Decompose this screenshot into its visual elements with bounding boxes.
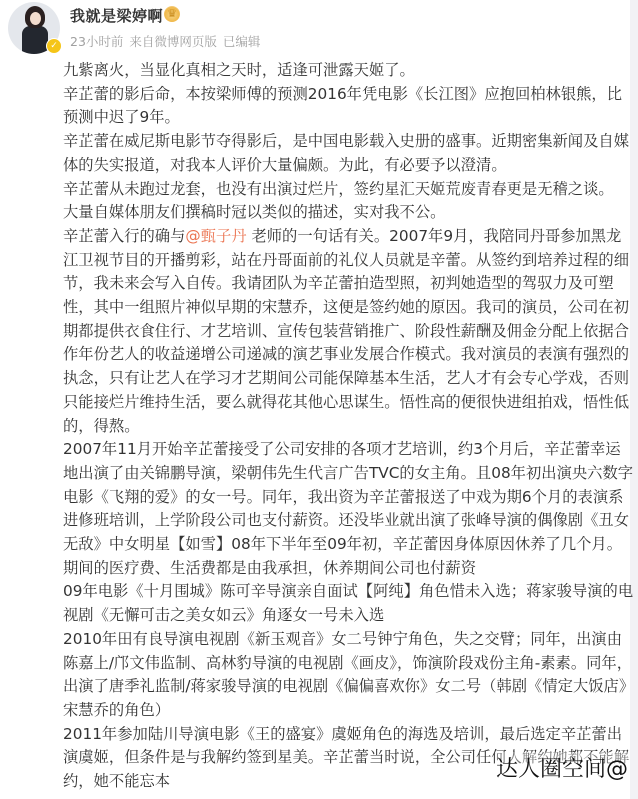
paragraph: 辛芷蕾从未跑过龙套，也没有出演过烂片，签约星汇天姬荒废青春更是无稽之谈。	[63, 178, 635, 202]
watermark: 达人圈空间@	[496, 752, 628, 783]
paragraph: 大量自媒体朋友们撰稿时冠以类似的描述，实对我不公。	[63, 201, 635, 225]
paragraph: 2010年田有良导演电视剧《新玉观音》女二号钟宁角色，失之交臂；同年，出演由陈嘉…	[63, 628, 635, 723]
paragraph: 辛芷蕾的影后命，本按梁师傅的预测2016年凭电影《长江图》应抱回柏林银熊，比预测…	[63, 83, 635, 130]
crown-icon[interactable]: ♛	[164, 6, 180, 22]
post-time[interactable]: 23小时前	[70, 34, 123, 49]
verified-v-badge-icon: ✓	[46, 38, 62, 54]
mention-link[interactable]: @甄子丹	[185, 227, 246, 245]
mention-after: 老师的一句话有关。2007年9月，我陪同丹哥参加黑龙江卫视节目的开播剪彩，站在丹…	[63, 227, 629, 435]
post-meta: 23小时前 来自微博网页版 已编辑	[70, 32, 260, 50]
mention-before: 辛芷蕾入行的确与	[63, 227, 185, 245]
paragraph: 辛芷蕾在威尼斯电影节夺得影后，是中国电影载入史册的盛事。近期密集新闻及自媒体的失…	[63, 130, 635, 177]
paragraph-with-mention: 辛芷蕾入行的确与@甄子丹 老师的一句话有关。2007年9月，我陪同丹哥参加黑龙江…	[63, 225, 635, 438]
avatar-body-shape	[22, 26, 48, 54]
author-name[interactable]: 我就是梁婷啊	[70, 5, 163, 26]
post-source[interactable]: 微博网页版	[154, 34, 217, 49]
source-prefix: 来自	[129, 34, 154, 49]
edited-label[interactable]: 已编辑	[223, 34, 261, 49]
paragraph: 九紫离火，当显化真相之天时，适逢可泄露天姬了。	[63, 59, 635, 83]
post-content: 九紫离火，当显化真相之天时，适逢可泄露天姬了。 辛芷蕾的影后命，本按梁师傅的预测…	[63, 59, 635, 794]
avatar-face-shape	[30, 12, 41, 25]
paragraph: 2007年11月开始辛芷蕾接受了公司安排的各项才艺培训，约3个月后，辛芷蕾幸运地…	[63, 438, 635, 580]
paragraph: 09年电影《十月围城》陈可辛导演亲自面试【阿纯】角色惜未入选；蒋家骏导演的电视剧…	[63, 580, 635, 627]
